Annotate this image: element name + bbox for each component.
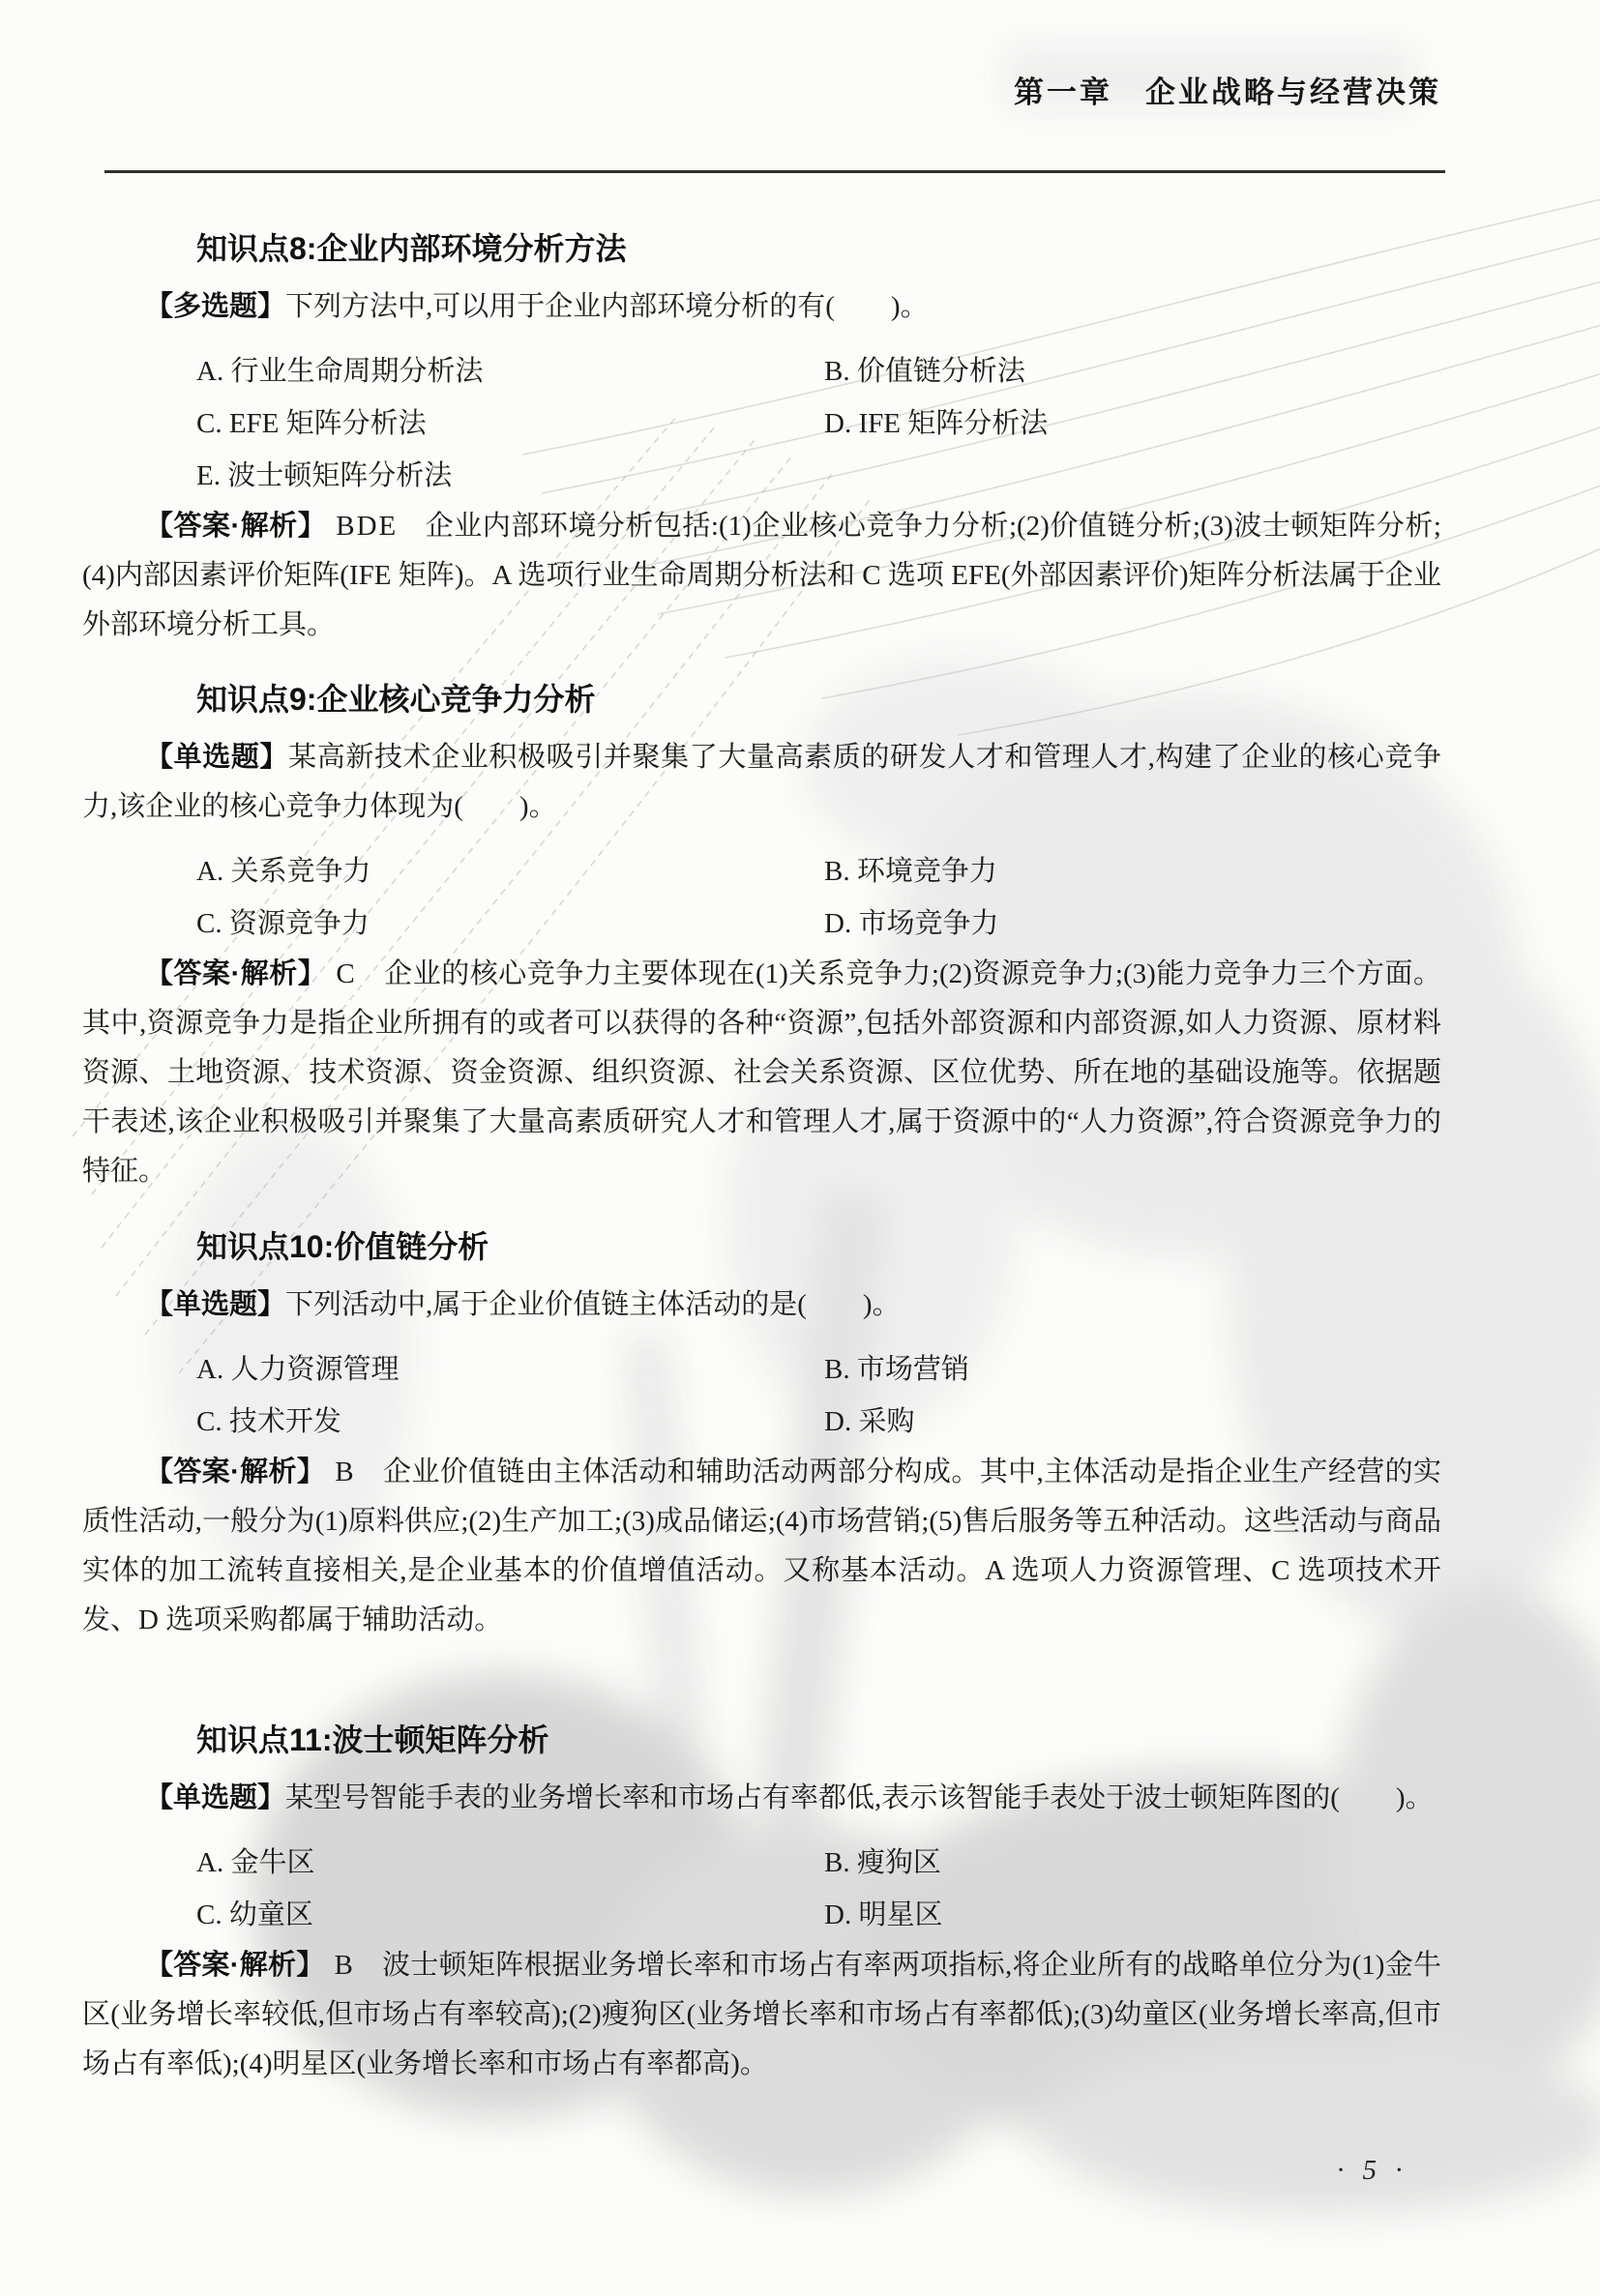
option-row: A. 行业生命周期分析法B. 价值链分析法 bbox=[82, 345, 1441, 397]
answer-letters: C bbox=[336, 958, 356, 989]
question-type-label: 【单选题】 bbox=[145, 1289, 285, 1320]
option-row: A. 金牛区B. 瘦狗区 bbox=[82, 1837, 1441, 1889]
section-heading: 知识点11:波士顿矩阵分析 bbox=[196, 1718, 1441, 1762]
answer-letters: BDE bbox=[336, 511, 398, 542]
option-row: E. 波士顿矩阵分析法 bbox=[82, 450, 1441, 502]
option-row: C. 技术开发D. 采购 bbox=[82, 1396, 1441, 1448]
option-d: D. 采购 bbox=[824, 1396, 1441, 1448]
option-row: A. 人力资源管理B. 市场营销 bbox=[82, 1343, 1441, 1396]
question-type-label: 【单选题】 bbox=[145, 1782, 285, 1813]
option-d: D. 明星区 bbox=[824, 1889, 1441, 1941]
option-a: A. 关系竞争力 bbox=[82, 845, 824, 898]
answer-letters: B bbox=[335, 1950, 355, 1981]
question: 【单选题】某型号智能手表的业务增长率和市场占有率都低,表示该智能手表处于波士顿矩… bbox=[82, 1774, 1441, 1823]
knowledge-point-10: 知识点10:价值链分析 【单选题】下列活动中,属于企业价值链主体活动的是( )。… bbox=[82, 1224, 1441, 1645]
option-e: E. 波士顿矩阵分析法 bbox=[82, 450, 824, 502]
answer-explanation: 【答案·解析】BDE企业内部环境分析包括:(1)企业核心竞争力分析;(2)价值链… bbox=[82, 502, 1441, 650]
knowledge-point-9: 知识点9:企业核心竞争力分析 【单选题】某高新技术企业积极吸引并聚集了大量高素质… bbox=[82, 677, 1441, 1196]
option-a: A. 金牛区 bbox=[82, 1837, 824, 1889]
option-b: B. 环境竞争力 bbox=[824, 845, 1441, 898]
answer-explanation: 【答案·解析】B波士顿矩阵根据业务增长率和市场占有率两项指标,将企业所有的战略单… bbox=[82, 1941, 1441, 2089]
question: 【单选题】下列活动中,属于企业价值链主体活动的是( )。 bbox=[82, 1280, 1441, 1330]
options-list: A. 关系竞争力B. 环境竞争力 C. 资源竞争力D. 市场竞争力 bbox=[82, 845, 1441, 950]
options-list: A. 行业生命周期分析法B. 价值链分析法 C. EFE 矩阵分析法D. IFE… bbox=[82, 345, 1441, 502]
question: 【单选题】某高新技术企业积极吸引并聚集了大量高素质的研发人才和管理人才,构建了企… bbox=[82, 733, 1441, 832]
option-c: C. 资源竞争力 bbox=[82, 898, 824, 950]
option-b: B. 价值链分析法 bbox=[824, 345, 1441, 397]
option-c: C. 幼童区 bbox=[82, 1889, 824, 1941]
options-list: A. 金牛区B. 瘦狗区 C. 幼童区D. 明星区 bbox=[82, 1837, 1441, 1941]
option-row: A. 关系竞争力B. 环境竞争力 bbox=[82, 845, 1441, 898]
answer-label: 【答案·解析】 bbox=[145, 511, 326, 542]
answer-label: 【答案·解析】 bbox=[145, 1950, 325, 1981]
question-type-label: 【多选题】 bbox=[145, 291, 285, 322]
chapter-title: 第一章 企业战略与经营决策 bbox=[1014, 68, 1441, 111]
question-text: 下列活动中,属于企业价值链主体活动的是( )。 bbox=[285, 1289, 901, 1320]
answer-label: 【答案·解析】 bbox=[145, 958, 326, 989]
option-row: C. 资源竞争力D. 市场竞争力 bbox=[82, 898, 1441, 950]
answer-explanation: 【答案·解析】C企业的核心竞争力主要体现在(1)关系竞争力;(2)资源竞争力;(… bbox=[82, 950, 1441, 1196]
option-row: C. EFE 矩阵分析法D. IFE 矩阵分析法 bbox=[82, 397, 1441, 450]
knowledge-point-11: 知识点11:波士顿矩阵分析 【单选题】某型号智能手表的业务增长率和市场占有率都低… bbox=[82, 1718, 1441, 2089]
section-heading: 知识点8:企业内部环境分析方法 bbox=[196, 226, 1441, 271]
question: 【多选题】下列方法中,可以用于企业内部环境分析的有( )。 bbox=[82, 282, 1441, 332]
scanned-book-page: 第一章 企业战略与经营决策 知识点8:企业内部环境分析方法 【多选题】下列方法中… bbox=[0, 0, 1600, 2296]
option-c: C. EFE 矩阵分析法 bbox=[82, 397, 824, 450]
question-text: 某型号智能手表的业务增长率和市场占有率都低,表示该智能手表处于波士顿矩阵图的( … bbox=[285, 1782, 1434, 1813]
answer-explanation: 【答案·解析】B企业价值链由主体活动和辅助活动两部分构成。其中,主体活动是指企业… bbox=[82, 1448, 1441, 1645]
option-a: A. 人力资源管理 bbox=[82, 1343, 824, 1396]
explanation-text: 企业的核心竞争力主要体现在(1)关系竞争力;(2)资源竞争力;(3)能力竞争力三… bbox=[82, 958, 1441, 1187]
page-number: · 5 · bbox=[1337, 2155, 1408, 2187]
option-b: B. 市场营销 bbox=[824, 1343, 1441, 1396]
section-heading: 知识点9:企业核心竞争力分析 bbox=[196, 677, 1441, 721]
option-d: D. 市场竞争力 bbox=[824, 898, 1441, 950]
section-heading: 知识点10:价值链分析 bbox=[196, 1224, 1441, 1269]
option-b: B. 瘦狗区 bbox=[824, 1837, 1441, 1889]
knowledge-point-8: 知识点8:企业内部环境分析方法 【多选题】下列方法中,可以用于企业内部环境分析的… bbox=[82, 226, 1441, 650]
answer-letters: B bbox=[335, 1457, 355, 1487]
option-c: C. 技术开发 bbox=[82, 1396, 824, 1448]
option-a: A. 行业生命周期分析法 bbox=[82, 345, 824, 397]
question-text: 下列方法中,可以用于企业内部环境分析的有( )。 bbox=[285, 291, 929, 322]
question-type-label: 【单选题】 bbox=[145, 742, 288, 773]
option-row: C. 幼童区D. 明星区 bbox=[82, 1889, 1441, 1941]
options-list: A. 人力资源管理B. 市场营销 C. 技术开发D. 采购 bbox=[82, 1343, 1441, 1448]
option-d: D. IFE 矩阵分析法 bbox=[824, 397, 1441, 450]
answer-label: 【答案·解析】 bbox=[145, 1457, 325, 1487]
header-rule bbox=[104, 170, 1445, 173]
